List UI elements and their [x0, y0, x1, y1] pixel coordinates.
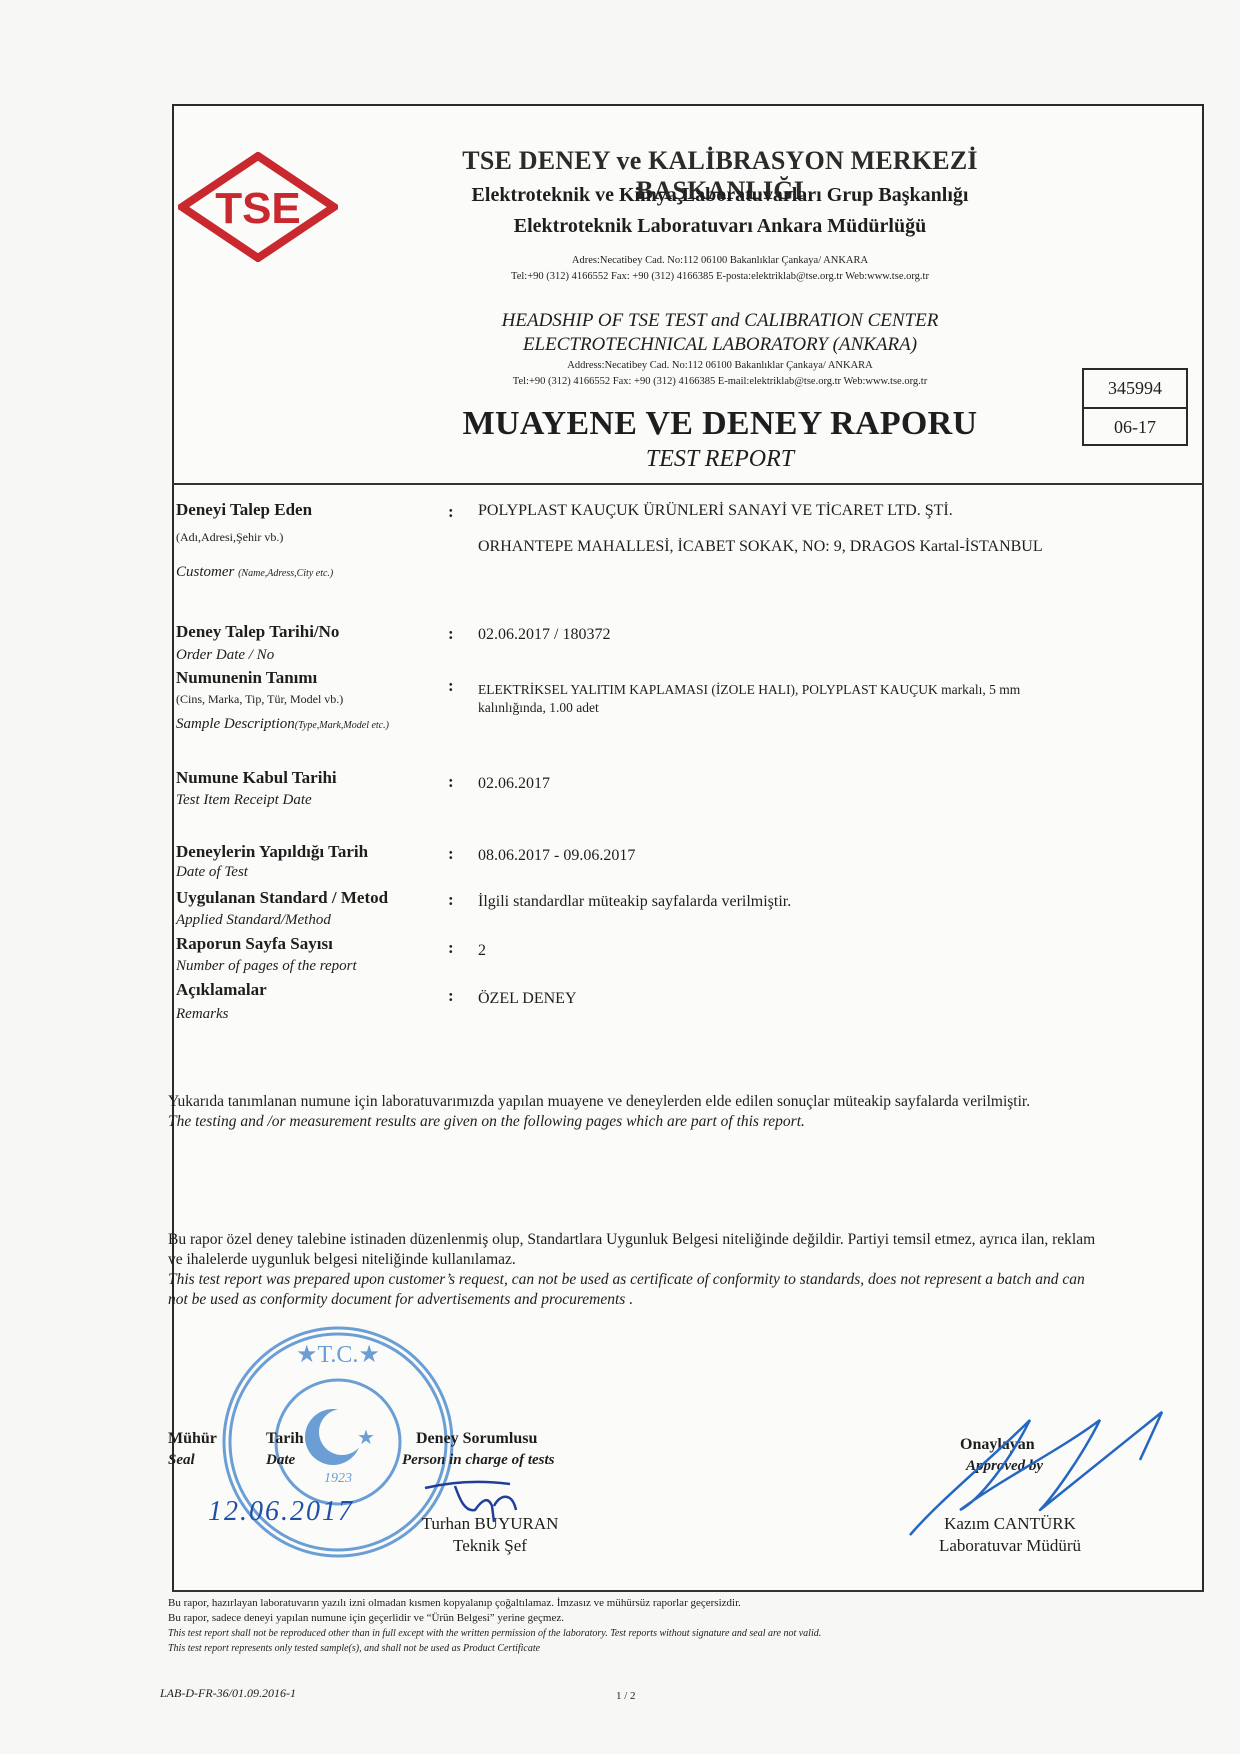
remarks-label: Açıklamalar — [176, 980, 267, 1000]
customer-label-sub: (Adı,Adresi,Şehir vb.) — [176, 530, 283, 545]
test-date-value: 08.06.2017 - 09.06.2017 — [478, 847, 635, 865]
sample-label-sub: (Cins, Marka, Tip, Tür, Model vb.) — [176, 692, 343, 707]
standard-label: Uygulanan Standard / Metod — [176, 888, 388, 908]
seal-label: Mühür — [168, 1430, 217, 1448]
remarks-label-en: Remarks — [176, 1006, 229, 1023]
approver-name: Kazım CANTÜRK — [900, 1514, 1120, 1534]
standard-label-en: Applied Standard/Method — [176, 912, 331, 929]
test-date-label-en: Date of Test — [176, 864, 248, 881]
divider — [172, 483, 1204, 485]
order-label-en: Order Date / No — [176, 647, 274, 664]
person-name: Turhan BUYURAN — [400, 1514, 580, 1534]
report-number-box: 345994 06-17 — [1082, 368, 1188, 446]
approver-title: Laboratuvar Müdürü — [900, 1536, 1120, 1556]
report-code: 06-17 — [1084, 409, 1186, 446]
sample-value-2: kalınlığında, 1.00 adet — [478, 700, 599, 716]
colon: : — [448, 676, 454, 696]
colon: : — [448, 772, 454, 792]
date-label-en: Date — [266, 1452, 295, 1469]
sample-label-en: Sample Description(Type,Mark,Model etc.) — [176, 716, 389, 733]
seal-label-en: Seal — [168, 1452, 195, 1469]
receipt-value: 02.06.2017 — [478, 775, 550, 793]
receipt-label: Numune Kabul Tarihi — [176, 768, 337, 788]
svg-text:TSE: TSE — [215, 184, 301, 233]
date-label: Tarih — [266, 1430, 304, 1448]
form-code: LAB-D-FR-36/01.09.2016-1 — [160, 1686, 296, 1701]
page-indicator: 1 / 2 — [616, 1690, 636, 1702]
person-label: Deney Sorumlusu — [416, 1430, 537, 1448]
customer-label: Deneyi Talep Eden — [176, 500, 312, 520]
order-value: 02.06.2017 / 180372 — [478, 626, 610, 644]
contact-en: Tel:+90 (312) 4166552 Fax: +90 (312) 416… — [380, 376, 1060, 387]
footer-note-4: This test report represents only tested … — [168, 1643, 540, 1654]
address-en: Address:Necatibey Cad. No:112 06100 Baka… — [380, 360, 1060, 371]
svg-text:1923: 1923 — [324, 1471, 352, 1486]
footer-note-3: This test report shall not be reproduced… — [168, 1628, 821, 1639]
tse-logo-icon: TSE — [178, 152, 338, 262]
sample-label: Numunenin Tanımı — [176, 668, 317, 688]
standard-value: İlgili standardlar müteakip sayfalarda v… — [478, 893, 791, 911]
remarks-value: ÖZEL DENEY — [478, 990, 577, 1008]
disclaimer-statement: Bu rapor özel deney talebine istinaden d… — [168, 1230, 1098, 1310]
colon: : — [448, 890, 454, 910]
footer-note-2: Bu rapor, sadece deneyi yapılan numune i… — [168, 1611, 1168, 1626]
footer-divider — [172, 1590, 1204, 1592]
receipt-label-en: Test Item Receipt Date — [176, 792, 312, 809]
colon: : — [448, 986, 454, 1006]
pages-label-en: Number of pages of the report — [176, 958, 357, 975]
person-title: Teknik Şef — [400, 1536, 580, 1556]
address-tr: Adres:Necatibey Cad. No:112 06100 Bakanl… — [380, 255, 1060, 266]
order-label: Deney Talep Tarihi/No — [176, 622, 339, 642]
org-subtitle-2: Elektroteknik Laboratuvarı Ankara Müdürl… — [380, 215, 1060, 238]
colon: : — [448, 938, 454, 958]
handwritten-date: 12.06.2017 — [208, 1496, 354, 1528]
org-subtitle-1: Elektroteknik ve Kimya Laboratuvarları G… — [380, 184, 1060, 207]
org-title-en-1: HEADSHIP OF TSE TEST and CALIBRATION CEN… — [380, 310, 1060, 332]
svg-text:★T.C.★: ★T.C.★ — [296, 1342, 380, 1368]
report-title-en: TEST REPORT — [380, 446, 1060, 473]
colon: : — [448, 502, 454, 522]
colon: : — [448, 624, 454, 644]
svg-text:★: ★ — [357, 1427, 375, 1449]
footer-note-1: Bu rapor, hazırlayan laboratuvarın yazıl… — [168, 1596, 1168, 1611]
footer-notes: Bu rapor, hazırlayan laboratuvarın yazıl… — [168, 1596, 1168, 1656]
customer-address: ORHANTEPE MAHALLESİ, İCABET SOKAK, NO: 9… — [478, 538, 1043, 556]
pages-value: 2 — [478, 942, 486, 960]
customer-name: POLYPLAST KAUÇUK ÜRÜNLERİ SANAYİ VE TİCA… — [478, 502, 953, 520]
pages-label: Raporun Sayfa Sayısı — [176, 934, 333, 954]
colon: : — [448, 844, 454, 864]
test-date-label: Deneylerin Yapıldığı Tarih — [176, 842, 368, 862]
results-statement: Yukarıda tanımlanan numune için laboratu… — [168, 1092, 1098, 1132]
report-title: MUAYENE VE DENEY RAPORU — [380, 405, 1060, 443]
contact-tr: Tel:+90 (312) 4166552 Fax: +90 (312) 416… — [380, 271, 1060, 282]
person-label-en: Person in charge of tests — [402, 1452, 555, 1469]
customer-label-en: Customer (Name,Adress,City etc.) — [176, 564, 333, 581]
report-number: 345994 — [1084, 370, 1186, 409]
org-title-en-2: ELECTROTECHNICAL LABORATORY (ANKARA) — [380, 334, 1060, 356]
sample-value-1: ELEKTRİKSEL YALITIM KAPLAMASI (İZOLE HAL… — [478, 682, 1020, 698]
